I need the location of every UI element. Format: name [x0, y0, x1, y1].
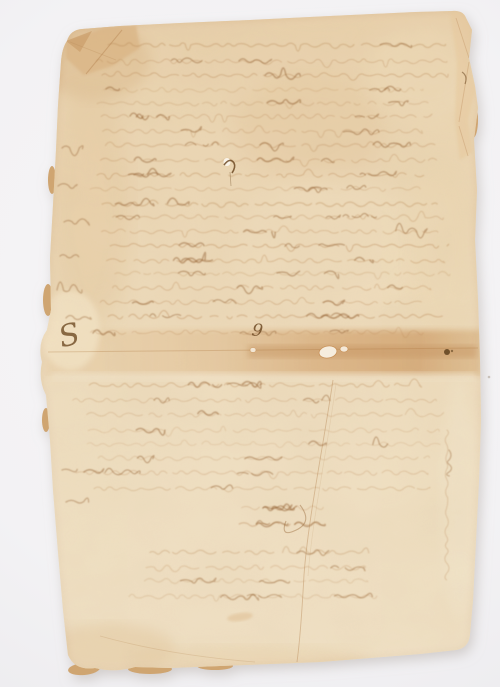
background-speck	[488, 376, 491, 379]
manuscript-photo-svg: S 9	[0, 0, 500, 687]
dark-spot	[451, 350, 453, 352]
fold-hole	[340, 346, 348, 352]
fold-hole	[250, 348, 256, 353]
paper-surface: S 9	[0, 0, 500, 687]
dark-spot	[444, 349, 450, 355]
photo-background: { "photo": { "description": "aged handwr…	[0, 0, 500, 687]
document-photo: S 9	[0, 0, 500, 687]
